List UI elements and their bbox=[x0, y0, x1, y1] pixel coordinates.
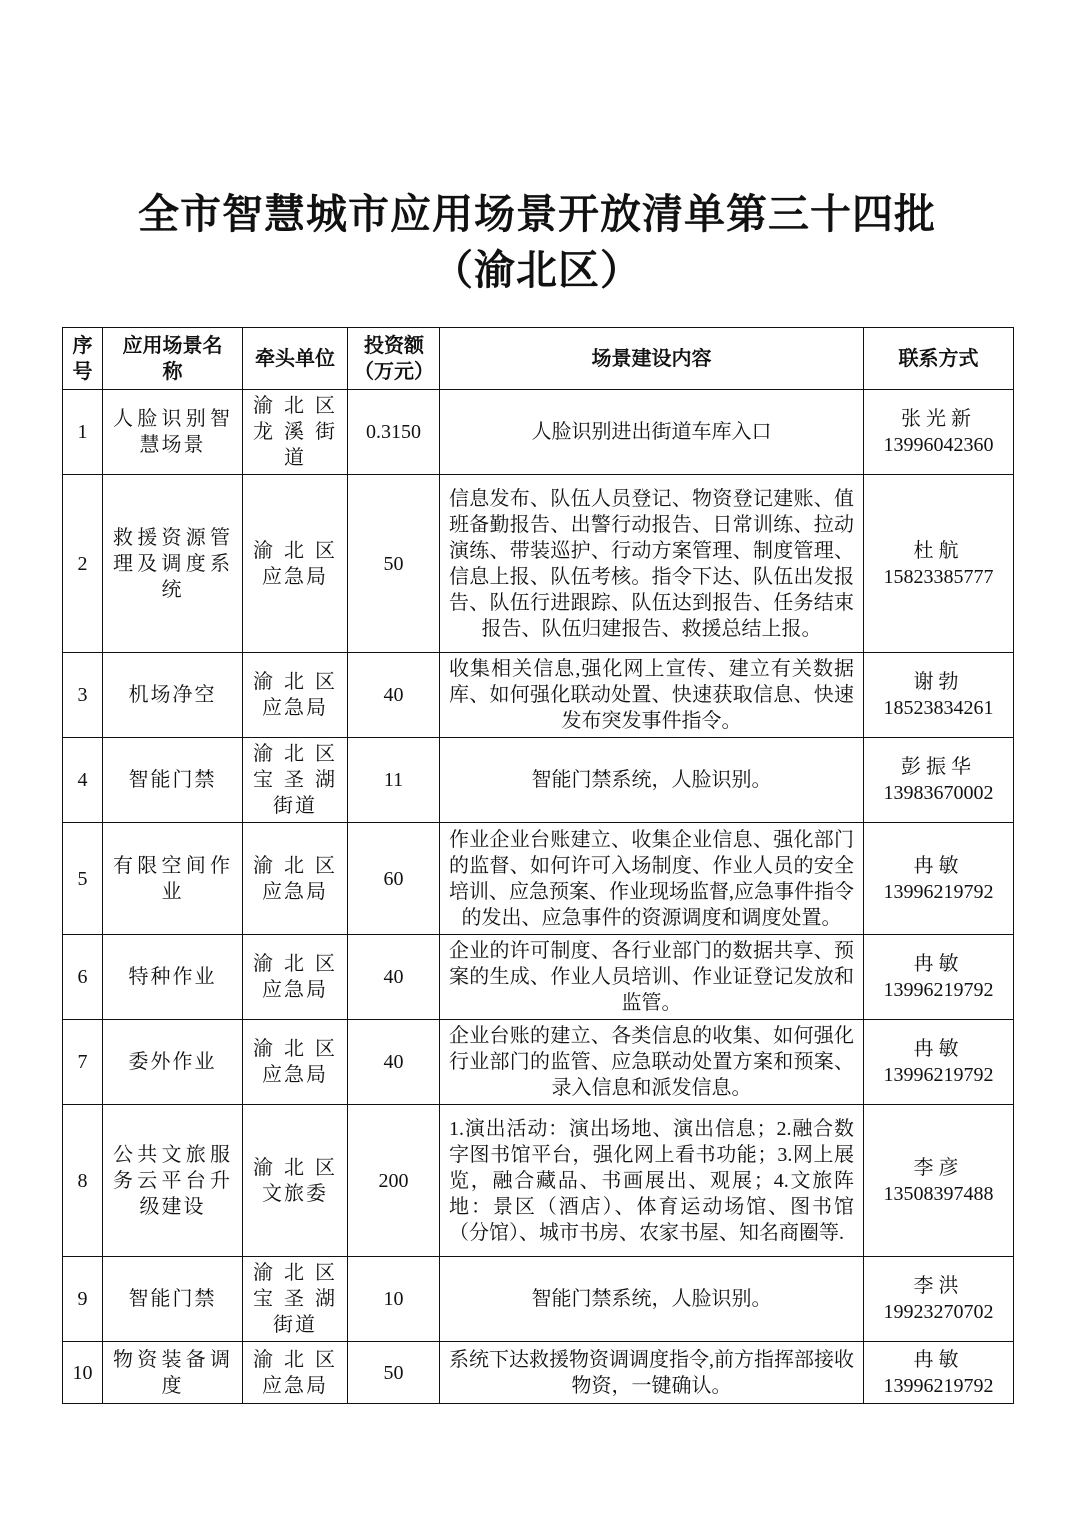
cell-no: 5 bbox=[63, 823, 103, 935]
contact-name: 李彦 bbox=[868, 1155, 1009, 1181]
contact-phone: 13996219792 bbox=[868, 977, 1009, 1003]
page-title-line2: （渝北区） bbox=[0, 242, 1074, 298]
cell-investment: 50 bbox=[348, 1342, 440, 1404]
cell-contact: 彭振华 13983670002 bbox=[864, 738, 1014, 823]
contact-phone: 18523834261 bbox=[868, 695, 1009, 721]
cell-content: 人脸识别进出街道车库入口 bbox=[440, 390, 864, 475]
cell-no: 6 bbox=[63, 935, 103, 1020]
contact-name: 冉敏 bbox=[868, 853, 1009, 879]
cell-contact: 张光新 13996042360 bbox=[864, 390, 1014, 475]
contact-phone: 13508397488 bbox=[868, 1181, 1009, 1207]
cell-contact: 谢勃 18523834261 bbox=[864, 653, 1014, 738]
cell-scene-name: 公共文旅服务云平台升级建设 bbox=[103, 1105, 243, 1257]
document-page: 全市智慧城市应用场景开放清单第三十四批 （渝北区） 序号 应用场景名称 牵头单位… bbox=[0, 0, 1074, 1520]
table-row: 9 智能门禁 渝北区宝圣湖街道 10 智能门禁系统，人脸识别。 李洪 19923… bbox=[63, 1257, 1014, 1342]
table-row: 4 智能门禁 渝北区宝圣湖街道 11 智能门禁系统，人脸识别。 彭振华 1398… bbox=[63, 738, 1014, 823]
contact-name: 冉敏 bbox=[868, 1036, 1009, 1062]
cell-investment: 11 bbox=[348, 738, 440, 823]
contact-phone: 13996042360 bbox=[868, 432, 1009, 458]
cell-scene-name: 智能门禁 bbox=[103, 738, 243, 823]
cell-contact: 李彦 13508397488 bbox=[864, 1105, 1014, 1257]
contact-name: 张光新 bbox=[868, 406, 1009, 432]
cell-lead-unit: 渝北区宝圣湖街道 bbox=[243, 1257, 348, 1342]
cell-contact: 李洪 19923270702 bbox=[864, 1257, 1014, 1342]
cell-no: 7 bbox=[63, 1020, 103, 1105]
contact-phone: 13996219792 bbox=[868, 1373, 1009, 1399]
cell-investment: 40 bbox=[348, 1020, 440, 1105]
table-row: 2 救援资源管理及调度系统 渝北区应急局 50 信息发布、队伍人员登记、物资登记… bbox=[63, 475, 1014, 653]
scene-table: 序号 应用场景名称 牵头单位 投资额（万元） 场景建设内容 联系方式 1 人脸识… bbox=[62, 327, 1014, 1404]
cell-lead-unit: 渝北区应急局 bbox=[243, 1020, 348, 1105]
cell-contact: 冉敏 13996219792 bbox=[864, 823, 1014, 935]
contact-phone: 15823385777 bbox=[868, 564, 1009, 590]
table-row: 6 特种作业 渝北区应急局 40 企业的许可制度、各行业部门的数据共享、预案的生… bbox=[63, 935, 1014, 1020]
cell-scene-name: 智能门禁 bbox=[103, 1257, 243, 1342]
cell-no: 1 bbox=[63, 390, 103, 475]
contact-name: 谢勃 bbox=[868, 669, 1009, 695]
contact-name: 冉敏 bbox=[868, 1347, 1009, 1373]
contact-name: 杜航 bbox=[868, 538, 1009, 564]
contact-name: 李洪 bbox=[868, 1273, 1009, 1299]
cell-no: 3 bbox=[63, 653, 103, 738]
col-header-investment: 投资额（万元） bbox=[348, 328, 440, 390]
cell-no: 9 bbox=[63, 1257, 103, 1342]
cell-lead-unit: 渝北区应急局 bbox=[243, 475, 348, 653]
cell-content: 收集相关信息,强化网上宣传、建立有关数据库、如何强化联动处置、快速获取信息、快速… bbox=[440, 653, 864, 738]
page-title-line1: 全市智慧城市应用场景开放清单第三十四批 bbox=[0, 186, 1074, 242]
cell-content: 智能门禁系统，人脸识别。 bbox=[440, 738, 864, 823]
contact-phone: 19923270702 bbox=[868, 1299, 1009, 1325]
cell-no: 8 bbox=[63, 1105, 103, 1257]
col-header-lead-unit: 牵头单位 bbox=[243, 328, 348, 390]
table-row: 1 人脸识别智慧场景 渝北区龙溪街道 0.3150 人脸识别进出街道车库入口 张… bbox=[63, 390, 1014, 475]
cell-no: 2 bbox=[63, 475, 103, 653]
cell-investment: 0.3150 bbox=[348, 390, 440, 475]
cell-lead-unit: 渝北区应急局 bbox=[243, 653, 348, 738]
cell-content: 企业台账的建立、各类信息的收集、如何强化行业部门的监管、应急联动处置方案和预案、… bbox=[440, 1020, 864, 1105]
cell-investment: 60 bbox=[348, 823, 440, 935]
cell-investment: 50 bbox=[348, 475, 440, 653]
cell-content: 信息发布、队伍人员登记、物资登记建账、值班备勤报告、出警行动报告、日常训练、拉动… bbox=[440, 475, 864, 653]
cell-contact: 冉敏 13996219792 bbox=[864, 1342, 1014, 1404]
cell-contact: 杜航 15823385777 bbox=[864, 475, 1014, 653]
col-header-scene-name: 应用场景名称 bbox=[103, 328, 243, 390]
contact-phone: 13996219792 bbox=[868, 879, 1009, 905]
cell-investment: 40 bbox=[348, 935, 440, 1020]
header-row: 序号 应用场景名称 牵头单位 投资额（万元） 场景建设内容 联系方式 bbox=[63, 328, 1014, 390]
cell-investment: 40 bbox=[348, 653, 440, 738]
cell-lead-unit: 渝北区龙溪街道 bbox=[243, 390, 348, 475]
cell-scene-name: 机场净空 bbox=[103, 653, 243, 738]
cell-lead-unit: 渝北区应急局 bbox=[243, 823, 348, 935]
cell-content: 企业的许可制度、各行业部门的数据共享、预案的生成、作业人员培训、作业证登记发放和… bbox=[440, 935, 864, 1020]
cell-lead-unit: 渝北区宝圣湖街道 bbox=[243, 738, 348, 823]
cell-investment: 200 bbox=[348, 1105, 440, 1257]
table-row: 5 有限空间作业 渝北区应急局 60 作业企业台账建立、收集企业信息、强化部门的… bbox=[63, 823, 1014, 935]
cell-investment: 10 bbox=[348, 1257, 440, 1342]
cell-contact: 冉敏 13996219792 bbox=[864, 1020, 1014, 1105]
cell-content: 智能门禁系统，人脸识别。 bbox=[440, 1257, 864, 1342]
cell-lead-unit: 渝北区应急局 bbox=[243, 1342, 348, 1404]
cell-contact: 冉敏 13996219792 bbox=[864, 935, 1014, 1020]
cell-content: 作业企业台账建立、收集企业信息、强化部门的监督、如何许可入场制度、作业人员的安全… bbox=[440, 823, 864, 935]
cell-scene-name: 救援资源管理及调度系统 bbox=[103, 475, 243, 653]
table-row: 10 物资装备调度 渝北区应急局 50 系统下达救援物资调调度指令,前方指挥部接… bbox=[63, 1342, 1014, 1404]
cell-no: 4 bbox=[63, 738, 103, 823]
table-row: 7 委外作业 渝北区应急局 40 企业台账的建立、各类信息的收集、如何强化行业部… bbox=[63, 1020, 1014, 1105]
cell-scene-name: 委外作业 bbox=[103, 1020, 243, 1105]
contact-phone: 13983670002 bbox=[868, 780, 1009, 806]
cell-content: 系统下达救援物资调调度指令,前方指挥部接收物资，一键确认。 bbox=[440, 1342, 864, 1404]
cell-scene-name: 有限空间作业 bbox=[103, 823, 243, 935]
col-header-contact: 联系方式 bbox=[864, 328, 1014, 390]
cell-scene-name: 人脸识别智慧场景 bbox=[103, 390, 243, 475]
cell-scene-name: 特种作业 bbox=[103, 935, 243, 1020]
col-header-no: 序号 bbox=[63, 328, 103, 390]
cell-lead-unit: 渝北区应急局 bbox=[243, 935, 348, 1020]
contact-phone: 13996219792 bbox=[868, 1062, 1009, 1088]
contact-name: 冉敏 bbox=[868, 951, 1009, 977]
table-row: 3 机场净空 渝北区应急局 40 收集相关信息,强化网上宣传、建立有关数据库、如… bbox=[63, 653, 1014, 738]
col-header-content: 场景建设内容 bbox=[440, 328, 864, 390]
page-title: 全市智慧城市应用场景开放清单第三十四批 （渝北区） bbox=[0, 0, 1074, 298]
cell-scene-name: 物资装备调度 bbox=[103, 1342, 243, 1404]
cell-lead-unit: 渝北区文旅委 bbox=[243, 1105, 348, 1257]
table-row: 8 公共文旅服务云平台升级建设 渝北区文旅委 200 1.演出活动：演出场地、演… bbox=[63, 1105, 1014, 1257]
cell-content: 1.演出活动：演出场地、演出信息；2.融合数字图书馆平台，强化网上看书功能；3.… bbox=[440, 1105, 864, 1257]
cell-no: 10 bbox=[63, 1342, 103, 1404]
contact-name: 彭振华 bbox=[868, 754, 1009, 780]
